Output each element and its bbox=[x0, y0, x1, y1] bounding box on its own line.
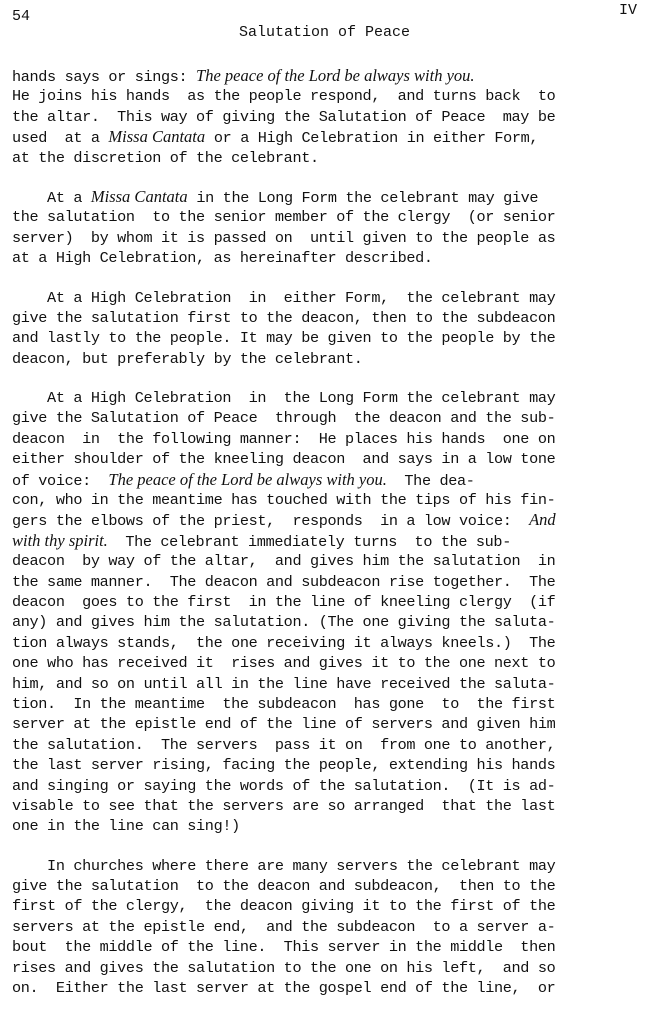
text-run: one who has received it rises and gives … bbox=[12, 654, 555, 672]
text-line: give the Salutation of Peace through the… bbox=[12, 408, 642, 428]
text-run: him, and so on until all in the line hav… bbox=[12, 675, 555, 693]
text-run: at the discretion of the celebrant. bbox=[12, 149, 319, 167]
text-run: server) by whom it is passed on until gi… bbox=[12, 229, 555, 247]
text-line: at the discretion of the celebrant. bbox=[12, 148, 642, 168]
paragraph-gap bbox=[12, 168, 642, 187]
text-run: deacon, but preferably by the celebrant. bbox=[12, 350, 363, 368]
paragraph: At a High Celebration in the Long Form t… bbox=[12, 388, 642, 837]
text-line: In churches where there are many servers… bbox=[12, 856, 642, 876]
text-run: in the Long Form the celebrant may give bbox=[188, 189, 539, 207]
paragraph-gap bbox=[12, 837, 642, 856]
text-run: tion always stands, the one receiving it… bbox=[12, 634, 555, 652]
text-run: server at the epistle end of the line of… bbox=[12, 715, 555, 733]
text-line: hands says or sings: The peace of the Lo… bbox=[12, 66, 642, 86]
text-line: At a High Celebration in either Form, th… bbox=[12, 288, 642, 308]
text-run: hands says or sings: bbox=[12, 68, 196, 86]
text-line: server) by whom it is passed on until gi… bbox=[12, 228, 642, 248]
text-run: the same manner. The deacon and subdeaco… bbox=[12, 573, 555, 591]
text-run: He joins his hands as the people respond… bbox=[12, 87, 555, 105]
text-line: rises and gives the salutation to the on… bbox=[12, 958, 642, 978]
italic-text: The peace of the Lord be always with you… bbox=[108, 470, 386, 489]
text-line: of voice: The peace of the Lord be alway… bbox=[12, 470, 642, 490]
paragraph: hands says or sings: The peace of the Lo… bbox=[12, 66, 642, 168]
text-run: At a High Celebration in either Form, th… bbox=[12, 289, 555, 307]
text-run: at a High Celebration, as hereinafter de… bbox=[12, 249, 433, 267]
page-body: hands says or sings: The peace of the Lo… bbox=[12, 66, 642, 998]
text-run: the last server rising, facing the peopl… bbox=[12, 756, 555, 774]
text-line: He joins his hands as the people respond… bbox=[12, 86, 642, 106]
text-run: the salutation. The servers pass it on f… bbox=[12, 736, 555, 754]
text-run: The dea- bbox=[387, 472, 475, 490]
text-line: with thy spirit. The celebrant immediate… bbox=[12, 531, 642, 551]
text-line: one in the line can sing!) bbox=[12, 816, 642, 836]
page-number: 54 bbox=[12, 8, 30, 25]
paragraph-gap bbox=[12, 269, 642, 288]
text-run: tion. In the meantime the subdeacon has … bbox=[12, 695, 555, 713]
text-line: gers the elbows of the priest, responds … bbox=[12, 510, 642, 530]
text-run: deacon in the following manner: He place… bbox=[12, 430, 555, 448]
chapter-number: IV bbox=[619, 2, 637, 19]
text-run: of voice: bbox=[12, 472, 108, 490]
text-line: at a High Celebration, as hereinafter de… bbox=[12, 248, 642, 268]
text-run: visable to see that the servers are so a… bbox=[12, 797, 555, 815]
text-run: con, who in the meantime has touched wit… bbox=[12, 491, 555, 509]
text-run: first of the clergy, the deacon giving i… bbox=[12, 897, 555, 915]
text-line: the altar. This way of giving the Saluta… bbox=[12, 107, 642, 127]
text-run: deacon by way of the altar, and gives hi… bbox=[12, 552, 555, 570]
text-line: the last server rising, facing the peopl… bbox=[12, 755, 642, 775]
text-run: give the salutation to the deacon and su… bbox=[12, 877, 555, 895]
text-run: bout the middle of the line. This server… bbox=[12, 938, 555, 956]
text-run: on. Either the last server at the gospel… bbox=[12, 979, 555, 997]
text-run: used at a bbox=[12, 129, 108, 147]
text-line: deacon by way of the altar, and gives hi… bbox=[12, 551, 642, 571]
text-line: deacon, but preferably by the celebrant. bbox=[12, 349, 642, 369]
text-line: the salutation. The servers pass it on f… bbox=[12, 735, 642, 755]
text-line: the same manner. The deacon and subdeaco… bbox=[12, 572, 642, 592]
text-line: any) and gives him the salutation. (The … bbox=[12, 612, 642, 632]
text-run: gers the elbows of the priest, responds … bbox=[12, 512, 529, 530]
text-run: and singing or saying the words of the s… bbox=[12, 777, 555, 795]
text-run: either shoulder of the kneeling deacon a… bbox=[12, 450, 555, 468]
text-line: give the salutation to the deacon and su… bbox=[12, 876, 642, 896]
italic-text: And bbox=[529, 510, 556, 529]
text-run: give the Salutation of Peace through the… bbox=[12, 409, 555, 427]
text-line: bout the middle of the line. This server… bbox=[12, 937, 642, 957]
text-run: The celebrant immediately turns to the s… bbox=[108, 533, 511, 551]
text-line: visable to see that the servers are so a… bbox=[12, 796, 642, 816]
text-line: At a High Celebration in the Long Form t… bbox=[12, 388, 642, 408]
italic-text: The peace of the Lord be always with you… bbox=[196, 66, 474, 85]
text-line: first of the clergy, the deacon giving i… bbox=[12, 896, 642, 916]
text-line: tion always stands, the one receiving it… bbox=[12, 633, 642, 653]
text-line: tion. In the meantime the subdeacon has … bbox=[12, 694, 642, 714]
text-line: con, who in the meantime has touched wit… bbox=[12, 490, 642, 510]
text-line: deacon goes to the first in the line of … bbox=[12, 592, 642, 612]
text-line: At a Missa Cantata in the Long Form the … bbox=[12, 187, 642, 207]
text-line: the salutation to the senior member of t… bbox=[12, 207, 642, 227]
text-run: rises and gives the salutation to the on… bbox=[12, 959, 555, 977]
text-line: and lastly to the people. It may be give… bbox=[12, 328, 642, 348]
text-run: the altar. This way of giving the Saluta… bbox=[12, 108, 555, 126]
italic-text: with thy spirit. bbox=[12, 531, 108, 550]
text-line: on. Either the last server at the gospel… bbox=[12, 978, 642, 998]
text-run: deacon goes to the first in the line of … bbox=[12, 593, 555, 611]
text-run: and lastly to the people. It may be give… bbox=[12, 329, 555, 347]
paragraph-gap bbox=[12, 369, 642, 388]
text-run: any) and gives him the salutation. (The … bbox=[12, 613, 555, 631]
text-run: servers at the epistle end, and the subd… bbox=[12, 918, 555, 936]
text-run: At a bbox=[12, 189, 91, 207]
text-line: deacon in the following manner: He place… bbox=[12, 429, 642, 449]
text-line: and singing or saying the words of the s… bbox=[12, 776, 642, 796]
text-run: the salutation to the senior member of t… bbox=[12, 208, 555, 226]
text-line: give the salutation first to the deacon,… bbox=[12, 308, 642, 328]
text-line: servers at the epistle end, and the subd… bbox=[12, 917, 642, 937]
text-run: or a High Celebration in either Form, bbox=[205, 129, 538, 147]
text-line: used at a Missa Cantata or a High Celebr… bbox=[12, 127, 642, 147]
text-run: give the salutation first to the deacon,… bbox=[12, 309, 555, 327]
italic-text: Missa Cantata bbox=[108, 127, 205, 146]
text-run: At a High Celebration in the Long Form t… bbox=[12, 389, 555, 407]
paragraph: In churches where there are many servers… bbox=[12, 856, 642, 999]
text-run: one in the line can sing!) bbox=[12, 817, 240, 835]
text-line: him, and so on until all in the line hav… bbox=[12, 674, 642, 694]
italic-text: Missa Cantata bbox=[91, 187, 188, 206]
text-line: one who has received it rises and gives … bbox=[12, 653, 642, 673]
text-line: server at the epistle end of the line of… bbox=[12, 714, 642, 734]
text-line: either shoulder of the kneeling deacon a… bbox=[12, 449, 642, 469]
paragraph: At a Missa Cantata in the Long Form the … bbox=[12, 187, 642, 269]
paragraph: At a High Celebration in either Form, th… bbox=[12, 288, 642, 370]
text-run: In churches where there are many servers… bbox=[12, 857, 555, 875]
running-title: Salutation of Peace bbox=[0, 24, 649, 41]
